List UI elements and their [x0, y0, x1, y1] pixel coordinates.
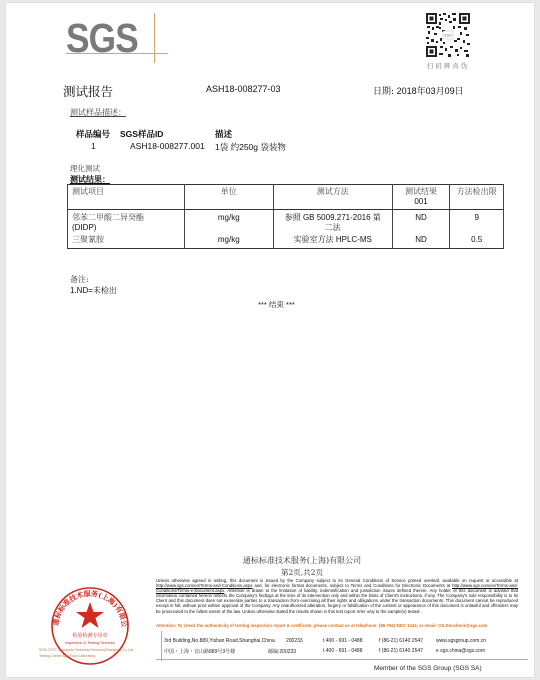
fax-cn: f (86-21) 6140 2547	[379, 648, 423, 654]
address-en: 3rd Building,No.889,Yishan Road,Shanghai…	[164, 638, 275, 644]
cell-mdl: 0.5	[450, 234, 504, 249]
remarks-label: 备注:	[70, 274, 89, 285]
email-link[interactable]: e sgs.china@sgs.com	[436, 648, 485, 654]
address-cn: 中国・上海・宜山路889号3号楼	[164, 648, 235, 655]
header-test-item: 测试项目	[68, 185, 185, 210]
qr-code[interactable]: SGS	[426, 13, 470, 57]
official-stamp: 通标标准技术服务(上海)有限公司 检验检测专用章 Inspection & Te…	[36, 580, 146, 670]
cell-method: 参照 GB 5009.271-2016 第二法	[273, 210, 392, 235]
address-cn-row: 中国・上海・宜山路889号3号楼 邮编:200233 t 400 - 691 -…	[6, 648, 534, 656]
cell-result: ND	[392, 234, 450, 249]
company-name: 通标标准技术服务(上海)有限公司	[232, 555, 372, 566]
sample-col-sgs-id: SGS样品ID	[120, 128, 163, 140]
header-mdl: 方法检出限	[450, 185, 504, 210]
page-info: 第2页,共2页	[232, 567, 372, 578]
sample-no: 1	[91, 141, 96, 151]
sample-col-no: 样品编号	[76, 128, 110, 140]
table-row: 邻苯二甲酸二异癸酯(DIDP) mg/kg 参照 GB 5009.271-201…	[68, 210, 504, 235]
results-table: 测试项目 单位 测试方法 测试结果001 方法检出限 邻苯二甲酸二异癸酯(DID…	[67, 184, 504, 249]
postcode-en: 200233	[286, 638, 303, 644]
cell-result: ND	[392, 210, 450, 235]
end-mark: *** 结束 ***	[258, 299, 295, 310]
header-method: 测试方法	[273, 185, 392, 210]
report-date: 日期: 2018年03月09日	[373, 84, 464, 97]
address-divider	[161, 631, 162, 661]
cell-unit: mg/kg	[184, 210, 273, 235]
qr-code-icon: SGS	[426, 13, 470, 57]
date-value: 2018年03月09日	[397, 86, 464, 96]
header-result: 测试结果001	[392, 185, 450, 210]
telephone-en: t 400 - 691 - 0488	[323, 638, 362, 644]
sample-sgs-id: ASH18-008277.001	[130, 141, 205, 151]
address-en-row: 3rd Building,No.889,Yishan Road,Shanghai…	[6, 638, 534, 646]
footer-rule	[156, 659, 528, 660]
report-page: SGS SGS 扫码辨真伪 测试报告 ASH18-008277-03 日期: 2…	[6, 3, 534, 677]
website-link[interactable]: www.sgsgroup.com.cn	[436, 638, 486, 644]
postcode-cn: 邮编:200233	[268, 648, 296, 655]
sgs-logo: SGS	[66, 15, 138, 62]
header-unit: 单位	[184, 185, 273, 210]
sample-col-description: 描述	[215, 128, 232, 140]
physical-chemical-heading: 理化测试	[70, 163, 100, 174]
svg-text:SGS: SGS	[444, 34, 452, 38]
cell-unit: mg/kg	[184, 234, 273, 249]
fax-en: f (86-21) 6140 2547	[379, 638, 423, 644]
table-row: 三聚氰胺 mg/kg 实验室方法 HPLC-MS ND 0.5	[68, 234, 504, 249]
logo-horizontal-rule	[66, 53, 168, 54]
cell-item: 邻苯二甲酸二异癸酯(DIDP)	[68, 210, 185, 235]
sample-description: 1袋 约250g 袋装物	[215, 141, 286, 153]
member-statement: Member of the SGS Group (SGS SA)	[374, 665, 482, 672]
qr-caption: 扫码辨真伪	[424, 61, 472, 70]
logo-vertical-rule	[154, 13, 155, 63]
cell-method: 实验室方法 HPLC-MS	[273, 234, 392, 249]
report-number: ASH18-008277-03	[206, 84, 281, 94]
svg-text:通标标准技术服务(上海)有限公司: 通标标准技术服务(上海)有限公司	[36, 580, 129, 629]
date-label: 日期:	[373, 87, 394, 97]
authenticity-notice: Attention: To check the authenticity of …	[156, 623, 518, 628]
cell-item: 三聚氰胺	[68, 234, 185, 249]
stamp-seal-icon: 通标标准技术服务(上海)有限公司 检验检测专用章 Inspection & Te…	[36, 580, 146, 670]
report-title: 测试报告	[63, 82, 113, 100]
telephone-cn: t 400 - 691 - 0488	[323, 648, 362, 654]
sample-description-heading: 测试样品描述：	[70, 107, 126, 118]
remark-item: 1.ND=未检出	[70, 285, 117, 296]
cell-mdl: 9	[450, 210, 504, 235]
legal-disclaimer: Unless otherwise agreed in writing, this…	[156, 578, 518, 614]
results-header-row: 测试项目 单位 测试方法 测试结果001 方法检出限	[68, 185, 504, 210]
